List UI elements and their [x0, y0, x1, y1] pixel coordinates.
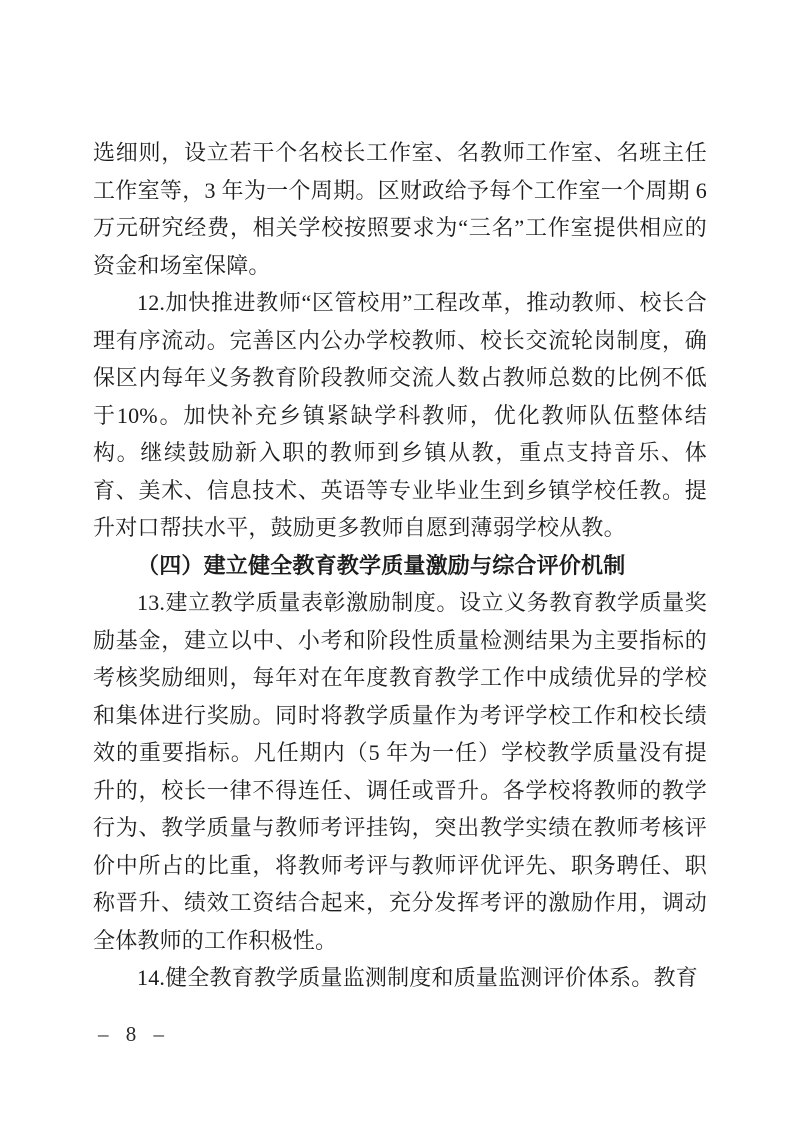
page-number: – 8 –: [98, 1022, 170, 1046]
document-body: 选细则，设立若干个名校长工作室、名教师工作室、名班主任工作室等，3 年为一个周期…: [93, 134, 707, 997]
section-heading-4: （四）建立健全教育教学质量激励与综合评价机制: [93, 547, 707, 585]
paragraph-14-partial: 14.健全教育教学质量监测制度和质量监测评价体系。教育: [93, 959, 707, 997]
paragraph-13: 13.建立教学质量表彰激励制度。设立义务教育教学质量奖励基金，建立以中、小考和阶…: [93, 584, 707, 959]
document-page: 选细则，设立若干个名校长工作室、名教师工作室、名班主任工作室等，3 年为一个周期…: [0, 0, 793, 1122]
page-footer: – 8 –: [98, 1022, 170, 1047]
paragraph-12: 12.加快推进教师“区管校用”工程改革，推动教师、校长合理有序流动。完善区内公办…: [93, 284, 707, 547]
paragraph-11-continuation: 选细则，设立若干个名校长工作室、名教师工作室、名班主任工作室等，3 年为一个周期…: [93, 134, 707, 284]
